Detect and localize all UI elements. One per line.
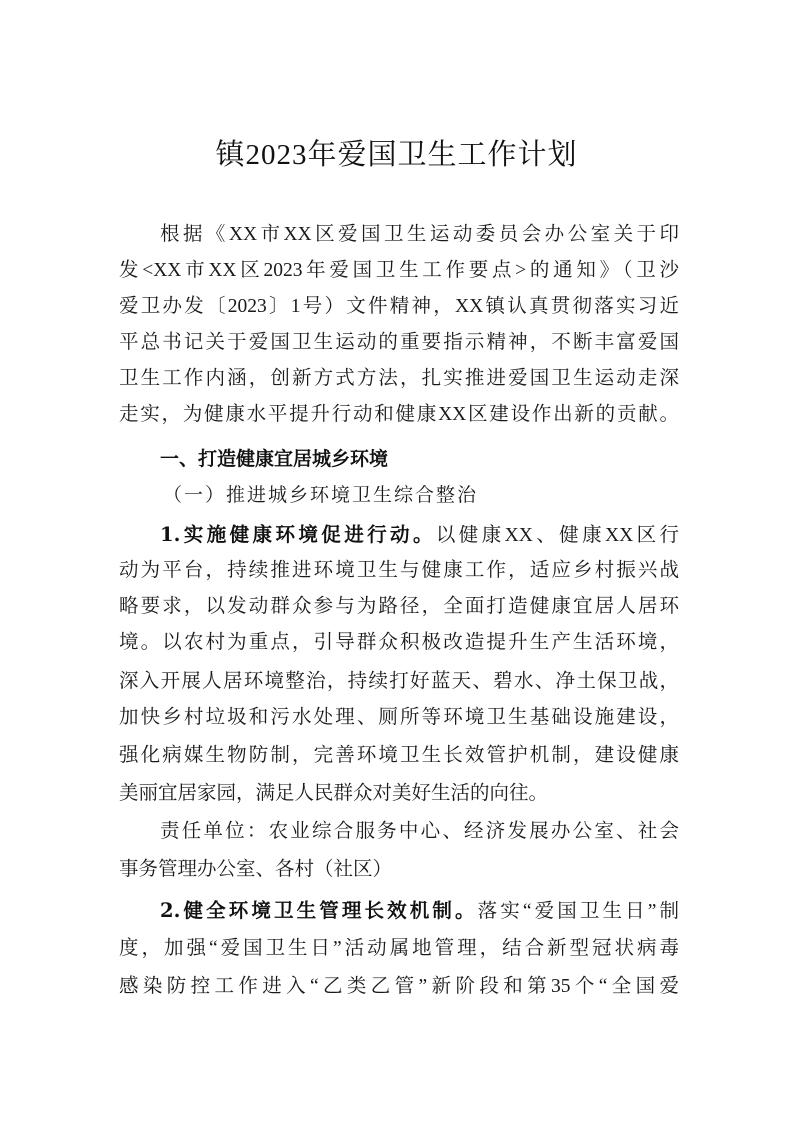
item-2-first-line-rest: 落实“爱国卫生日”制 — [478, 901, 679, 922]
document-title: 镇2023年爱国卫生工作计划 — [0, 135, 793, 175]
document-page: 镇2023年爱国卫生工作计划 根据《XX市XX区爱国卫生运动委员会办公室关于印 … — [0, 0, 793, 1122]
section-heading: 一、打造健康宜居城乡环境 — [160, 441, 388, 477]
item-1-line-1: 动为平台，持续推进环境卫生与健康工作，适应乡村振兴战 — [119, 553, 679, 589]
subsection-heading: （一）推进城乡环境卫生综合整治 — [163, 477, 478, 513]
item-1-line-6: 强化病媒生物防制，完善环境卫生长效管护机制，建设健康 — [119, 738, 679, 774]
item-2-title: 2.健全环境卫生管理长效机制。 — [160, 899, 478, 922]
item-1-line-2: 略要求，以发动群众参与为路径，全面打造健康宜居人居环 — [119, 589, 679, 625]
item-1-responsibility-line-1: 责任单位：农业综合服务中心、经济发展办公室、社会 — [160, 814, 679, 850]
intro-line-4: 平总书记关于爱国卫生运动的重要指示精神，不断丰富爱国 — [119, 325, 679, 361]
intro-line-6: 走实，为健康水平提升行动和健康XX区建设作出新的贡献。 — [119, 397, 679, 433]
item-1-line-5: 加快乡村垃圾和污水处理、厕所等环境卫生基础设施建设， — [119, 700, 679, 736]
item-2-line-1: 度，加强“爱国卫生日”活动属地管理，结合新型冠状病毒 — [119, 931, 679, 967]
item-1-title: 1.实施健康环境促进行动。 — [160, 523, 436, 546]
item-1-line-7: 美丽宜居家园，满足人民群众对美好生活的向往。 — [119, 776, 679, 812]
intro-line-5: 卫生工作内涵，创新方式方法，扎实推进爱国卫生运动走深 — [119, 361, 679, 397]
item-1-line-3: 境。以农村为重点，引导群众积极改造提升生产生活环境， — [119, 625, 679, 661]
intro-line-1: 根据《XX市XX区爱国卫生运动委员会办公室关于印 — [160, 217, 679, 253]
intro-line-3: 爱卫办发〔2023〕1号）文件精神，XX镇认真贯彻落实习近 — [119, 289, 679, 325]
item-2-line-2: 感染防控工作进入“乙类乙管”新阶段和第35个“全国爱 — [119, 969, 679, 1005]
item-1-line-4: 深入开展人居环境整治，持续打好蓝天、碧水、净土保卫战， — [119, 664, 679, 700]
item-1-first-line-rest: 以健康XX、健康XX区行 — [436, 525, 679, 546]
item-1-responsibility-line-2: 事务管理办公室、各村（社区） — [119, 852, 679, 888]
intro-line-2: 发<XX市XX区2023年爱国卫生工作要点>的通知》（卫沙 — [119, 253, 679, 289]
item-2-first-line: 2.健全环境卫生管理长效机制。落实“爱国卫生日”制 — [160, 893, 679, 929]
item-1-first-line: 1.实施健康环境促进行动。以健康XX、健康XX区行 — [160, 517, 679, 553]
